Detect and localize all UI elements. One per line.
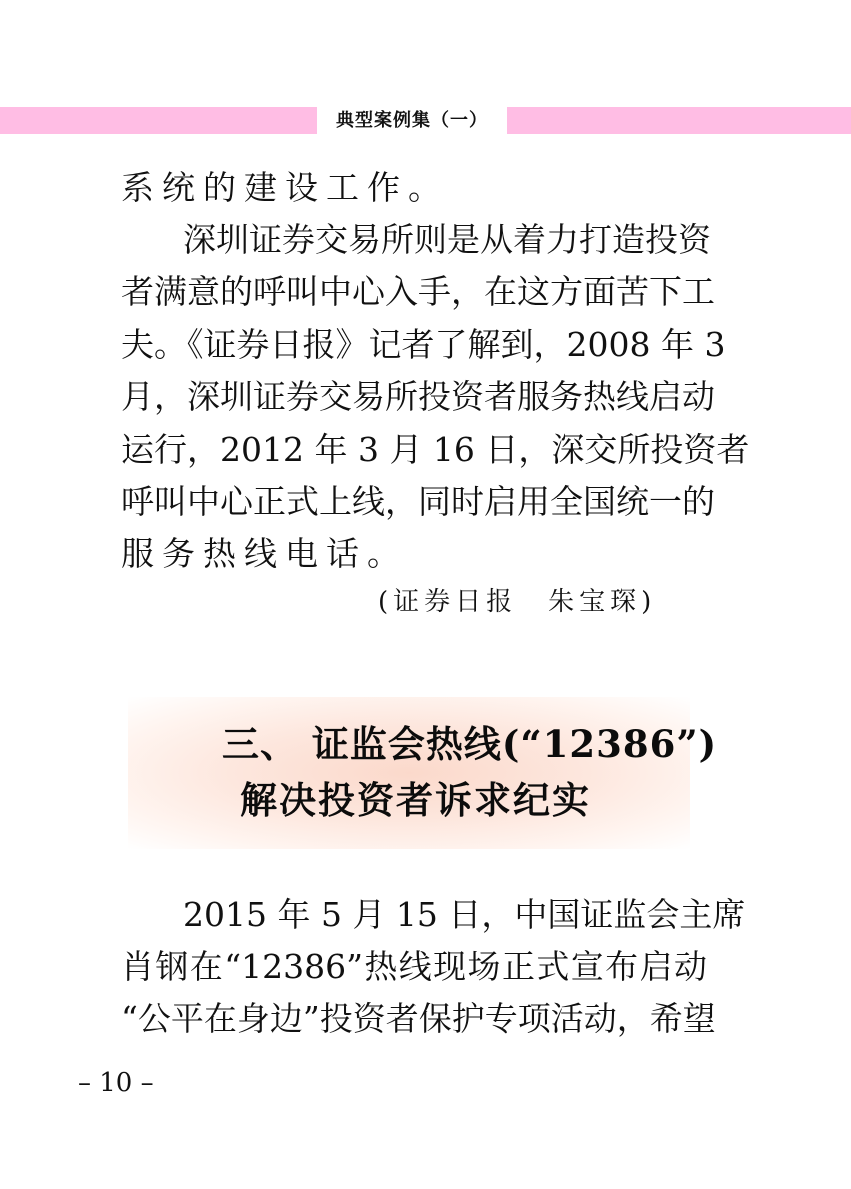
paragraph-line: 运行，2012 年 3 月 16 日，深交所投资者: [121, 430, 707, 470]
paragraph-line: 月，深圳证券交易所投资者服务热线启动: [121, 377, 707, 417]
header-bar-right: [507, 107, 851, 134]
header-bar-left: [0, 107, 317, 134]
section-heading-line-2: 解决投资者诉求纪实: [240, 775, 591, 825]
paragraph-line: 肖钢在“12386”热线现场正式宣布启动: [121, 947, 707, 987]
running-header-title: 典型案例集（一）: [317, 106, 507, 135]
paragraph-line: 系统的建设工作。: [121, 168, 707, 208]
paragraph-line: 者满意的呼叫中心入手，在这方面苦下工: [121, 272, 707, 312]
paragraph-line: “公平在身边”投资者保护专项活动，希望: [121, 999, 707, 1039]
article-attribution: (证券日报 朱宝琛): [378, 582, 660, 622]
paragraph-line: 2015 年 5 月 15 日，中国证监会主席: [183, 895, 707, 935]
paragraph-line: 呼叫中心正式上线，同时启用全国统一的: [121, 482, 707, 522]
paragraph-line: 夫。《证券日报》记者了解到，2008 年 3: [121, 325, 707, 365]
paragraph-line: 服务热线电话。: [121, 534, 707, 574]
page-number: – 10 –: [78, 1066, 154, 1100]
paragraph-line: 深圳证券交易所则是从着力打造投资: [183, 220, 707, 260]
section-heading-line-1: 三、 证监会热线(“12386”): [222, 719, 717, 769]
